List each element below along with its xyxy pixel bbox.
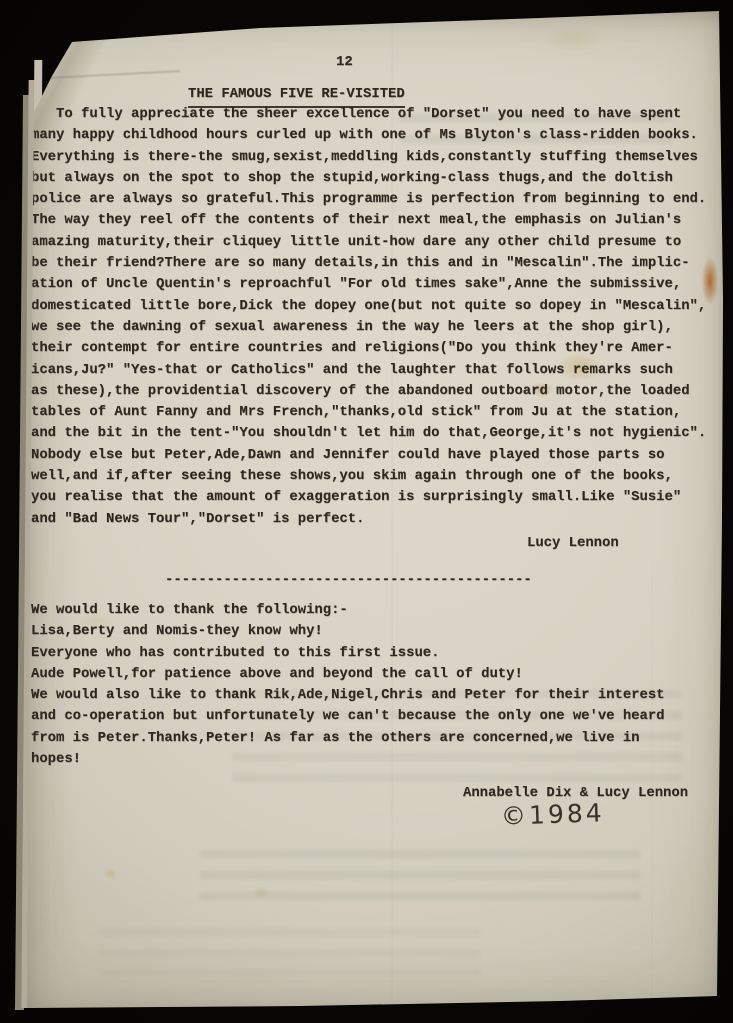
article-line: well,and if,after seeing these shows,you…	[31, 466, 706, 487]
article-line: many happy childhood hours curled up wit…	[31, 125, 706, 146]
thanks-line: We would also like to thank Rik,Ade,Nige…	[31, 685, 665, 706]
thanks-line: and co-operation but unfortunately we ca…	[31, 706, 665, 727]
article-line: but always on the spot to shop the stupi…	[31, 168, 706, 189]
article-line: amazing maturity,their cliquey little un…	[31, 232, 706, 253]
thanks-line: hopes!	[31, 749, 665, 770]
article-line: The way they reel off the contents of th…	[31, 210, 706, 231]
article-line: Everything is there-the smug,sexist,medd…	[31, 147, 706, 168]
handwritten-copyright-year: ©1984	[501, 798, 606, 832]
article-line: and the bit in the tent-"You shouldn't l…	[31, 423, 706, 444]
article-line: tables of Aunt Fanny and Mrs French,"tha…	[31, 402, 706, 423]
stain	[540, 24, 606, 52]
thanks-line: Everyone who has contributed to this fir…	[31, 643, 665, 664]
article-line: we see the dawning of sexual awareness i…	[31, 317, 706, 338]
article-line: ation of Uncle Quentin's reproachful "Fo…	[31, 274, 706, 295]
article-line: police are always so grateful.This progr…	[31, 189, 706, 210]
stain	[104, 868, 117, 879]
thanks-line: from is Peter.Thanks,Peter! As far as th…	[31, 728, 665, 749]
ink-bleedthrough	[200, 850, 640, 912]
article-line: icans,Ju?" "Yes-that or Catholics" and t…	[31, 360, 706, 381]
article-line: To fully appreciate the sheer excellence…	[31, 104, 706, 125]
ink-bleedthrough	[100, 928, 480, 976]
article-line: Nobody else but Peter,Ade,Dawn and Jenni…	[31, 445, 706, 466]
paper-sheet: 12 THE FAMOUS FIVE RE-VISITED To fully a…	[0, 0, 733, 1023]
thanks-line: We would like to thank the following:-	[31, 600, 665, 621]
page-number: 12	[336, 52, 353, 73]
article-line: as these),the providential discovery of …	[31, 381, 706, 402]
article-line: and "Bad News Tour","Dorset" is perfect.	[31, 509, 706, 530]
article-line: their contempt for entire countries and …	[31, 338, 706, 359]
thanks-line: Lisa,Berty and Nomis-they know why!	[31, 621, 665, 642]
article-byline: Lucy Lennon	[527, 533, 619, 554]
article-line: you realise that the amount of exaggerat…	[31, 487, 706, 508]
fold-crease-line	[6, 0, 180, 36]
scanned-zine-page: 12 THE FAMOUS FIVE RE-VISITED To fully a…	[0, 0, 733, 1023]
article-line: be their friend?There are so many detail…	[31, 253, 706, 274]
article-body: To fully appreciate the sheer excellence…	[31, 104, 706, 530]
dashed-separator: ----------------------------------------…	[165, 570, 532, 591]
article-line: domesticated little bore,Dick the dopey …	[31, 296, 706, 317]
thanks-section: We would like to thank the following:- L…	[31, 600, 665, 770]
thanks-line: Aude Powell,for patience above and beyon…	[31, 664, 665, 685]
